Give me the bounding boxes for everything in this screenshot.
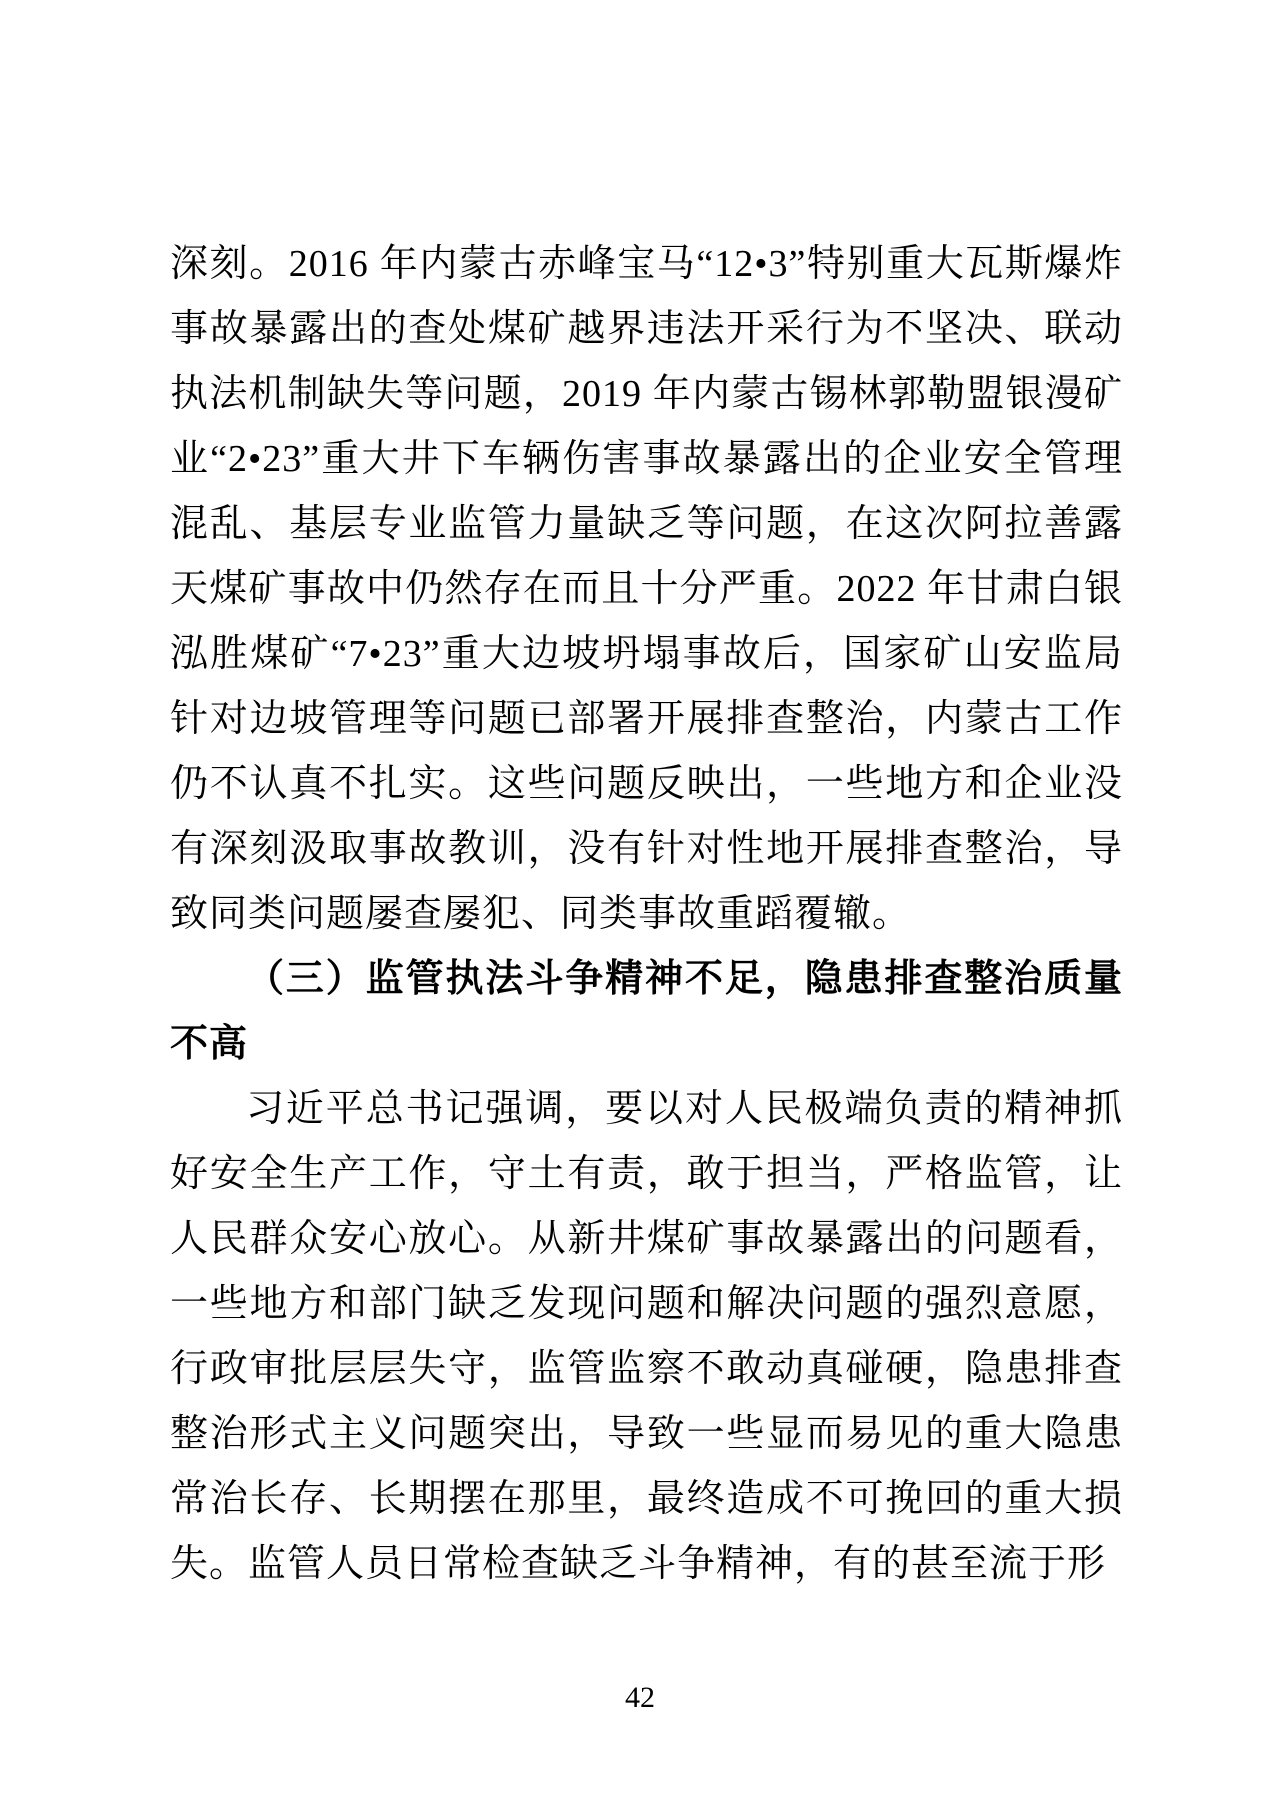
section-heading: （三）监管执法斗争精神不足，隐患排查整治质量不高: [170, 947, 1123, 1077]
body-paragraph: 习近平总书记强调，要以对人民极端负责的精神抓好安全生产工作，守土有责，敢于担当，…: [170, 1077, 1123, 1597]
document-page: 深刻。2016 年内蒙古赤峰宝马“12•3”特别重大瓦斯爆炸事故暴露出的查处煤矿…: [0, 0, 1280, 1809]
text-block: 深刻。2016 年内蒙古赤峰宝马“12•3”特别重大瓦斯爆炸事故暴露出的查处煤矿…: [170, 232, 1123, 1597]
page-number: 42: [0, 1678, 1280, 1718]
body-paragraph-continuation: 深刻。2016 年内蒙古赤峰宝马“12•3”特别重大瓦斯爆炸事故暴露出的查处煤矿…: [170, 232, 1123, 947]
